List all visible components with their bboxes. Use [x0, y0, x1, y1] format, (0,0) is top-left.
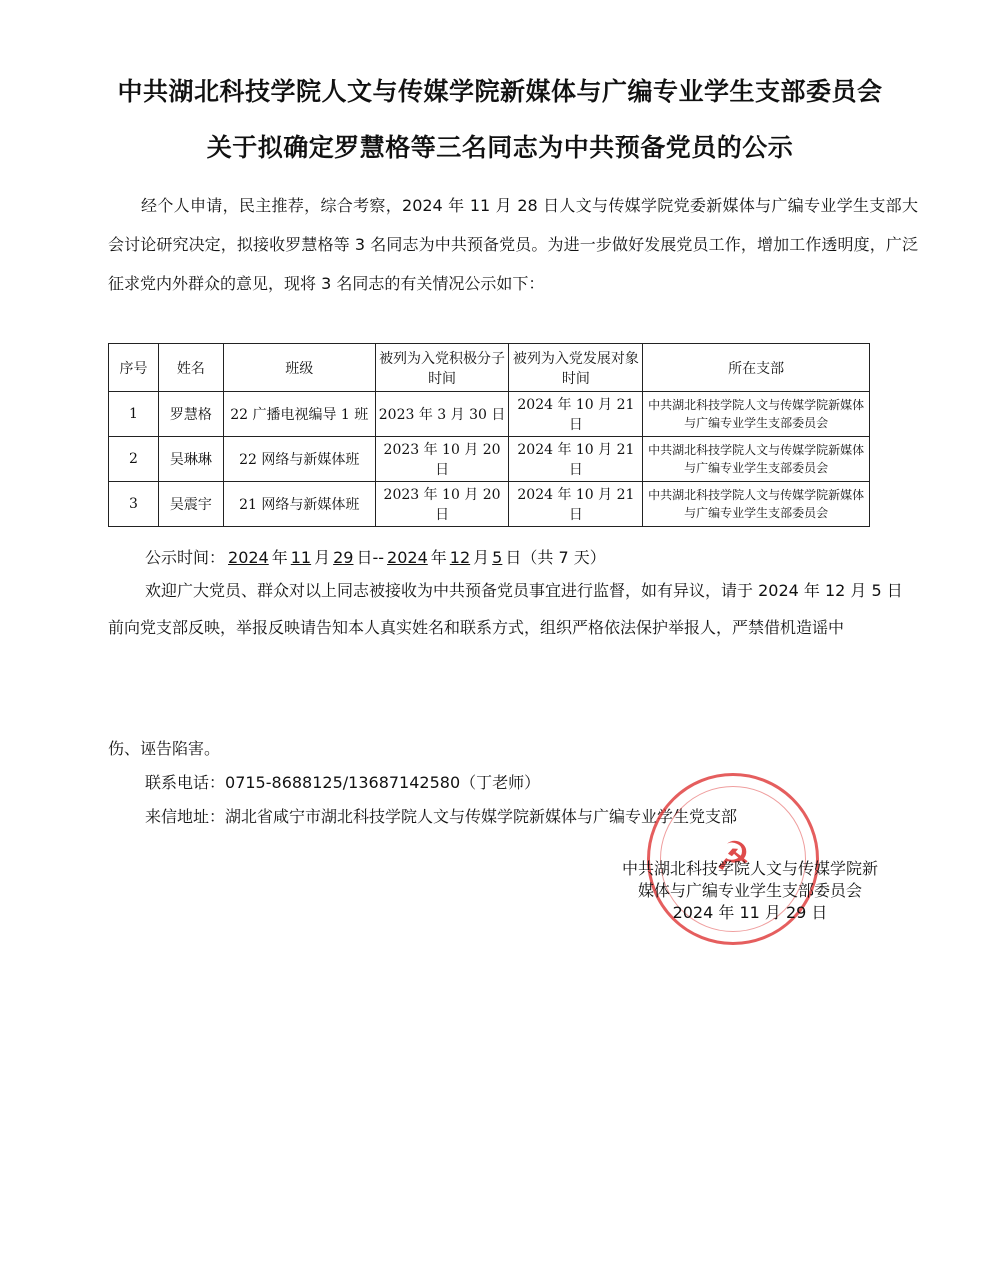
cell-name: 吴琳琳	[158, 437, 223, 482]
header-activist-date: 被列为入党积极分子时间	[375, 344, 509, 392]
period-total: （共 7 天）	[521, 548, 605, 567]
header-name: 姓名	[158, 344, 223, 392]
signature-line2: 媒体与广编专业学生支部委员会	[600, 880, 900, 902]
month-unit: 月	[473, 548, 489, 567]
cell-name: 吴震宇	[158, 482, 223, 527]
header-class: 班级	[223, 344, 375, 392]
cell-candidate-date: 2024 年 10 月 21 日	[509, 482, 643, 527]
notice-end: 伤、诬告陷害。	[108, 736, 220, 759]
table-row: 3 吴震宇 21 网络与新媒体班 2023 年 10 月 20 日 2024 年…	[109, 482, 870, 527]
cell-branch: 中共湖北科技学院人文与传媒学院新媒体与广编专业学生支部委员会	[643, 392, 870, 437]
document-title: 中共湖北科技学院人文与传媒学院新媒体与广编专业学生支部委员会	[0, 72, 1000, 108]
publicity-period: 公示时间：2024年11月29日--2024年12月5日（共 7 天）	[145, 545, 606, 568]
phone-value: 0715-8688125/13687142580（丁老师）	[225, 773, 540, 792]
notice-paragraph: 欢迎广大党员、群众对以上同志被接收为中共预备党员事宜进行监督，如有异议，请于 2…	[108, 572, 918, 646]
contact-phone: 联系电话：0715-8688125/13687142580（丁老师）	[145, 770, 540, 793]
period-end-year: 2024	[384, 548, 431, 567]
month-unit: 月	[314, 548, 330, 567]
contact-address: 来信地址：湖北省咸宁市湖北科技学院人文与传媒学院新媒体与广编专业学生党支部	[145, 804, 737, 827]
cell-branch: 中共湖北科技学院人文与传媒学院新媒体与广编专业学生支部委员会	[643, 437, 870, 482]
cell-activist-date: 2023 年 3 月 30 日	[375, 392, 509, 437]
period-end-month: 12	[447, 548, 473, 567]
period-label: 公示时间：	[145, 548, 225, 567]
intro-paragraph: 经个人申请，民主推荐，综合考察，2024 年 11 月 28 日人文与传媒学院党…	[108, 186, 918, 303]
period-start-day: 29	[330, 548, 356, 567]
table-row: 2 吴琳琳 22 网络与新媒体班 2023 年 10 月 20 日 2024 年…	[109, 437, 870, 482]
cell-branch: 中共湖北科技学院人文与传媒学院新媒体与广编专业学生支部委员会	[643, 482, 870, 527]
table-header-row: 序号 姓名 班级 被列为入党积极分子时间 被列为入党发展对象时间 所在支部	[109, 344, 870, 392]
table-row: 1 罗慧格 22 广播电视编导 1 班 2023 年 3 月 30 日 2024…	[109, 392, 870, 437]
cell-class: 22 网络与新媒体班	[223, 437, 375, 482]
candidate-table: 序号 姓名 班级 被列为入党积极分子时间 被列为入党发展对象时间 所在支部 1 …	[108, 343, 870, 527]
cell-activist-date: 2023 年 10 月 20 日	[375, 437, 509, 482]
cell-class: 21 网络与新媒体班	[223, 482, 375, 527]
signature-line1: 中共湖北科技学院人文与传媒学院新	[600, 858, 900, 880]
cell-candidate-date: 2024 年 10 月 21 日	[509, 392, 643, 437]
cell-no: 1	[109, 392, 159, 437]
day-unit: 日	[356, 548, 372, 567]
cell-candidate-date: 2024 年 10 月 21 日	[509, 437, 643, 482]
period-end-day: 5	[489, 548, 505, 567]
cell-class: 22 广播电视编导 1 班	[223, 392, 375, 437]
signature-date: 2024 年 11 月 29 日	[600, 902, 900, 924]
cell-no: 3	[109, 482, 159, 527]
year-unit: 年	[431, 548, 447, 567]
header-candidate-date: 被列为入党发展对象时间	[509, 344, 643, 392]
document-subtitle: 关于拟确定罗慧格等三名同志为中共预备党员的公示	[0, 128, 1000, 164]
address-label: 来信地址：	[145, 807, 225, 826]
period-start-year: 2024	[225, 548, 272, 567]
header-no: 序号	[109, 344, 159, 392]
period-start-month: 11	[288, 548, 314, 567]
phone-label: 联系电话：	[145, 773, 225, 792]
header-branch: 所在支部	[643, 344, 870, 392]
day-unit: 日	[505, 548, 521, 567]
year-unit: 年	[272, 548, 288, 567]
cell-no: 2	[109, 437, 159, 482]
period-separator: --	[373, 548, 385, 567]
cell-activist-date: 2023 年 10 月 20 日	[375, 482, 509, 527]
cell-name: 罗慧格	[158, 392, 223, 437]
